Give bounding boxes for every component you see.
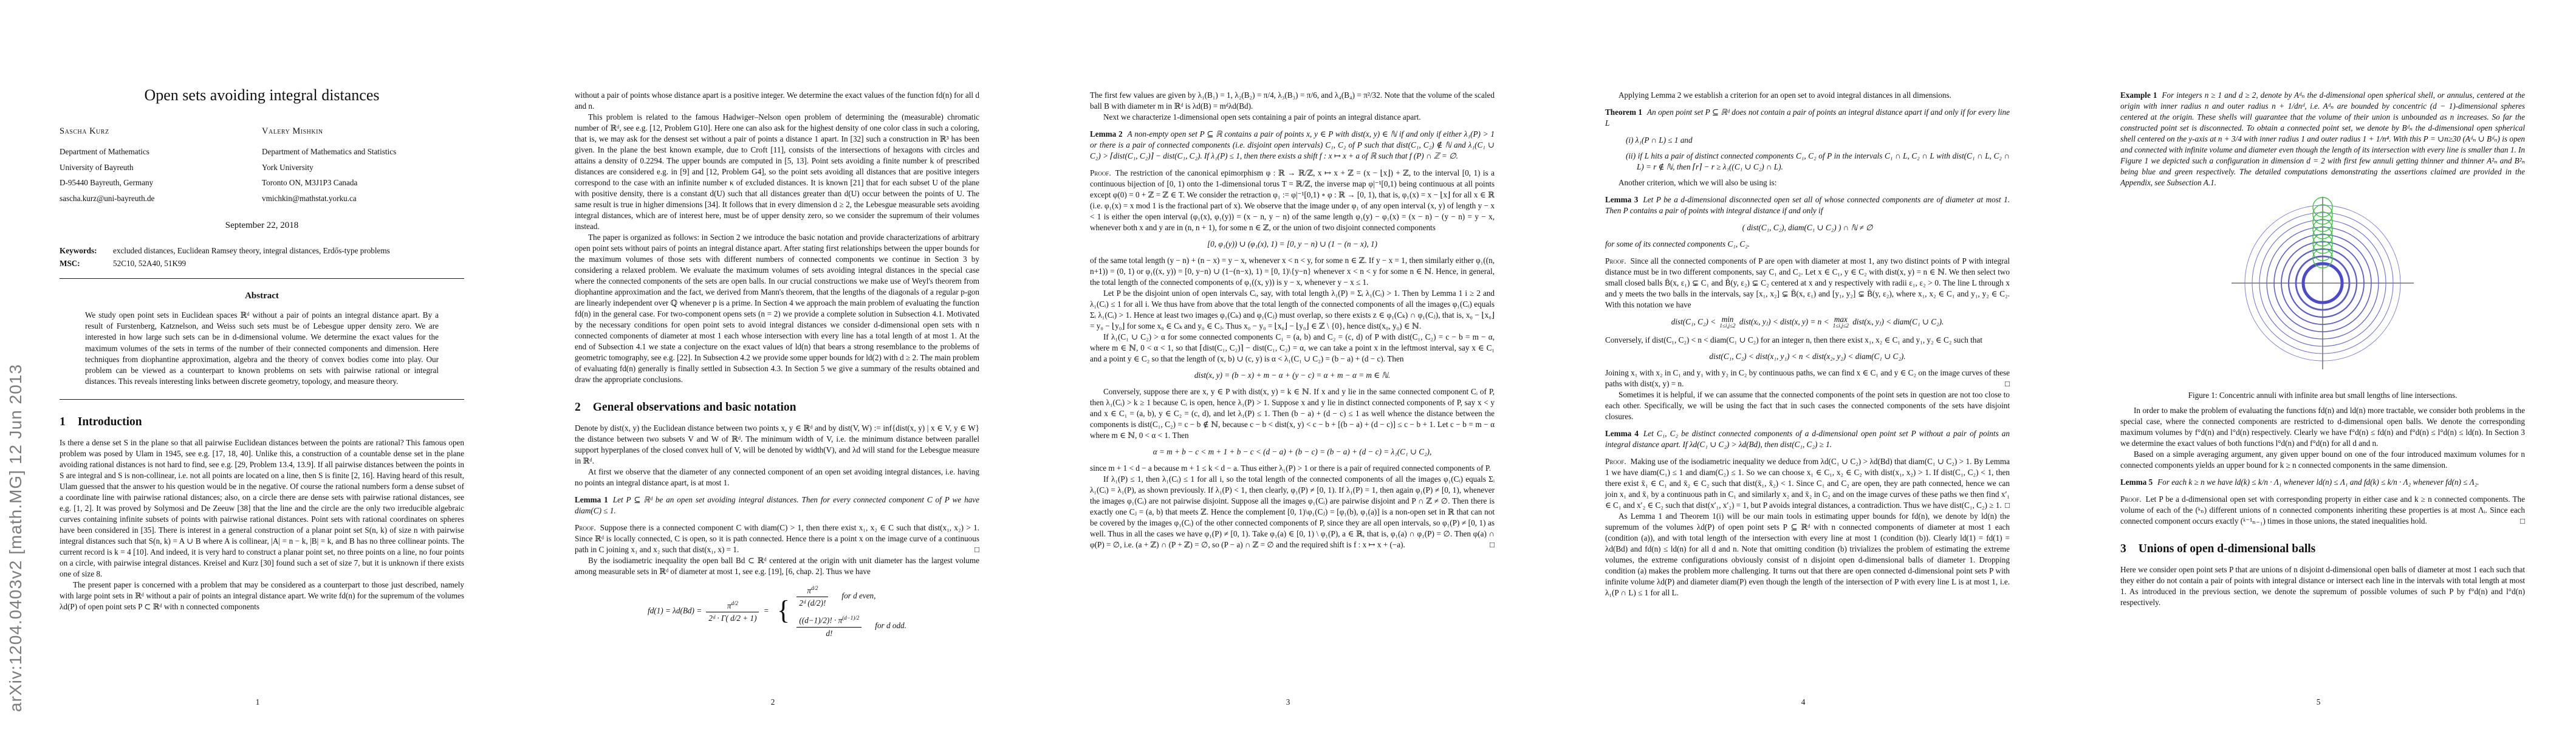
lemma-3-continuation: for some of its connected components C₁,…	[1605, 239, 2010, 250]
fraction-numerator-sup: d/2	[811, 585, 818, 591]
section-1-heading: 1Introduction	[60, 416, 464, 429]
proof-label: Proof.	[2120, 495, 2142, 504]
page-5: Example 1For integers n ≥ 1 and d ≥ 2, d…	[2061, 0, 2576, 729]
lemma-4-text: Let C₁, C₂ be distinct connected compone…	[1605, 429, 2010, 449]
paragraph: Next we characterize 1-dimensional open …	[1090, 112, 1495, 123]
case-condition: for d odd.	[875, 620, 906, 631]
page-1: arXiv:1204.0403v2 [math.MG] 12 Jun 2013 …	[0, 0, 515, 729]
paragraph: As Lemma 1 and Theorem 1(i) will be our …	[1605, 511, 2010, 598]
qed-square: □	[2520, 516, 2525, 527]
paragraph: Denote by dist(x, y) the Euclidean dista…	[575, 423, 979, 467]
msc-value: 52C10, 52A40, 51K99	[113, 257, 186, 270]
paragraph: If λ₁(P) ≤ 1, then λ₁(Cᵢ) ≤ 1 for all i,…	[1090, 474, 1495, 550]
paragraph: If λ₁(C₁ ∪ C₂) > α for some connected co…	[1090, 332, 1495, 364]
author-1-addr: D-95440 Bayreuth, Germany	[60, 175, 262, 191]
display-equation: dist(C₁, C₂) < dist(x₁, y₁) < n < dist(x…	[1605, 351, 2010, 362]
paragraph: Let P be the disjoint union of open inte…	[1090, 288, 1495, 332]
fraction-numerator-sup: (d−1)/2	[842, 615, 859, 621]
section-1-title: Introduction	[78, 416, 142, 428]
page-3: The first few values are given by λ₁(B₁)…	[1030, 0, 1546, 729]
operator-subscript: 1≤i,j≤2	[1719, 323, 1735, 329]
keywords-label: Keywords:	[60, 244, 113, 257]
author-1: Sascha Kurz Department of Mathematics Un…	[60, 126, 262, 206]
paper-date: September 22, 2018	[60, 221, 464, 231]
fraction: ((d−1)/2)! · π(d−1)/2d!	[796, 612, 862, 638]
display-equation: dist(x, y) = (b − x) + m − α + (y − c) =…	[1090, 370, 1495, 381]
paragraph: Another criterion, which we will also be…	[1605, 177, 2010, 188]
proof-text: Let P be a d-dimensional open set with c…	[2120, 495, 2525, 525]
paragraph: The present paper is concerned with a pr…	[60, 580, 464, 612]
author-1-email: sascha.kurz@uni-bayreuth.de	[60, 191, 262, 207]
proof: Proof.Suppose there is a connected compo…	[575, 522, 979, 555]
qed-square: □	[1476, 539, 1495, 550]
example-1-text: For integers n ≥ 1 and d ≥ 2, denote by …	[2120, 91, 2525, 187]
paragraph: without a pair of points whose distance …	[575, 90, 979, 112]
paragraph: Based on a simple averaging argument, an…	[2120, 449, 2525, 471]
paragraph: By the isodiametric inequality the open …	[575, 555, 979, 577]
author-2-email: vmichkin@mathstat.yorku.ca	[262, 191, 464, 207]
theorem-1-label: Theorem 1	[1605, 108, 1642, 117]
paragraph: At first we observe that the diameter of…	[575, 467, 979, 488]
fraction-denominator: 2ᵈ · Γ( d/2 + 1)	[706, 612, 759, 624]
figure-concentric-annuli: Figure 1: Concentric annuli with infinit…	[2120, 194, 2525, 400]
author-2-dept: Department of Mathematics and Statistics	[262, 144, 464, 160]
display-equation: ( dist(C₁, C₂), diam(C₁ ∪ C₂) ) ∩ ℕ ≠ ∅	[1605, 222, 2010, 233]
author-1-univ: University of Bayreuth	[60, 160, 262, 176]
display-equation-minmax: dist(C₁, C₂) < min1≤i,j≤2 dist(xᵢ, yⱼ) <…	[1605, 316, 2010, 329]
paragraph: Conversely, if dist(C₁, C₂) < n < diam(C…	[1605, 335, 2010, 346]
fraction-numerator-sup: d/2	[731, 600, 738, 606]
authors-block: Sascha Kurz Department of Mathematics Un…	[60, 126, 464, 206]
equation-part: dist(xᵢ, yⱼ) < dist(x, y) = n <	[1739, 317, 1829, 326]
section-3-number: 3	[2120, 542, 2126, 555]
fraction-denominator: 2ᵈ (d/2)!	[796, 597, 828, 609]
proof: Proof.Since all the connected components…	[1605, 256, 2010, 310]
qed-square: □	[975, 544, 979, 555]
display-equation-fd1: fd(1) = λd(Bd) = πd/22ᵈ · Γ( d/2 + 1) = …	[575, 583, 979, 639]
divider-rule-bottom	[60, 399, 464, 400]
fraction: πd/22ᵈ · Γ( d/2 + 1)	[706, 598, 759, 624]
proof-label: Proof.	[1605, 457, 1626, 466]
proof-text: Suppose there is a connected component C…	[575, 523, 979, 554]
case-odd: ((d−1)/2)! · π(d−1)/2d! for d odd.	[794, 612, 906, 638]
author-2-name: Valery Mishkin	[262, 126, 464, 137]
page-number: 2	[515, 697, 1030, 707]
proof-label: Proof.	[1090, 168, 1111, 177]
lemma-1-text: Let P ⊆ ℝᵈ be an open set avoiding integ…	[575, 495, 979, 515]
keywords-value: excluded distances, Euclidean Ramsey the…	[113, 244, 390, 257]
qed-square: □	[2005, 378, 2010, 389]
proof-text: Since all the connected components of P …	[1605, 256, 2010, 309]
abstract-heading: Abstract	[60, 291, 464, 301]
example-1-label: Example 1	[2120, 91, 2157, 100]
paragraph: of the same total length (y − n) + (n − …	[1090, 255, 1495, 288]
case-condition: for d even,	[841, 590, 875, 601]
lemma-1-label: Lemma 1	[575, 495, 608, 504]
example-1: Example 1For integers n ≥ 1 and d ≥ 2, d…	[2120, 90, 2525, 188]
min-operator: min1≤i,j≤2	[1719, 316, 1735, 329]
display-equation: α = m + b − c < m + 1 + b − c < (d − a) …	[1090, 447, 1495, 457]
equals-sign: =	[764, 606, 769, 615]
paragraph-text: Joining x₁ with x₂ in C₁ and y₁ with y₂ …	[1605, 368, 2010, 388]
page-2-content: without a pair of points whose distance …	[575, 0, 979, 645]
equation-lhs: fd(1) = λd(Bd) =	[648, 606, 702, 615]
paragraph: Joining x₁ with x₂ in C₁ and y₁ with y₂ …	[1605, 368, 2010, 389]
page-number: 3	[1030, 697, 1546, 707]
msc-label: MSC:	[60, 257, 113, 270]
theorem-1-item-i: (i) λ₁(P ∩ L) ≤ 1 and	[1605, 135, 2010, 146]
author-2-addr: Toronto ON, M3J1P3 Canada	[262, 175, 464, 191]
paragraph: The paper is organized as follows: in Se…	[575, 232, 979, 385]
section-3-title: Unions of open d-dimensional balls	[2139, 542, 2316, 555]
paragraph: Here we consider open point sets P that …	[2120, 564, 2525, 608]
paragraph: Conversely, suppose there are x, y ∈ P w…	[1090, 386, 1495, 441]
display-equation: [0, φ₁(y)) ∪ (φ₁(x), 1) = [0, y − n) ∪ (…	[1090, 239, 1495, 250]
proof: Proof.Making use of the isodiametric ine…	[1605, 456, 2010, 511]
paragraph: Sometimes it is helpful, if we can assum…	[1605, 389, 2010, 422]
proof-label: Proof.	[1605, 256, 1626, 265]
lemma-5-text: For each k ≥ n we have ld(k) ≤ k/n · Λ₁ …	[2157, 477, 2479, 487]
divider-rule-top	[60, 278, 464, 279]
proof: Proof.The restriction of the canonical e…	[1090, 168, 1495, 233]
case-even: πd/22ᵈ (d/2)! for d even,	[794, 583, 906, 609]
section-2-heading: 2General observations and basic notation	[575, 401, 979, 414]
annuli-diagram	[2222, 194, 2424, 372]
section-1-number: 1	[60, 416, 66, 428]
page-number: 1	[0, 697, 515, 707]
proof-text: The restriction of the canonical epimorp…	[1090, 168, 1495, 232]
fraction-denominator: d!	[796, 628, 862, 639]
paragraph: This problem is related to the famous Ha…	[575, 112, 979, 232]
lemma-4: Lemma 4Let C₁, C₂ be distinct connected …	[1605, 428, 2010, 450]
theorem-1-item-ii: (ii) if L hits a pair of distinct connec…	[1605, 151, 2010, 173]
page-2: without a pair of points whose distance …	[515, 0, 1030, 729]
proof-label: Proof.	[575, 523, 596, 532]
paragraph: Applying Lemma 2 we establish a criterio…	[1605, 90, 2010, 101]
section-2-number: 2	[575, 401, 581, 414]
qed-square: □	[2005, 500, 2010, 511]
lemma-1: Lemma 1Let P ⊆ ℝᵈ be an open set avoidin…	[575, 495, 979, 516]
operator: min	[1722, 316, 1734, 323]
operator: max	[1834, 316, 1848, 323]
figure-caption: Figure 1: Concentric annuli with infinit…	[2120, 391, 2525, 400]
abstract-text: We study open point sets in Euclidean sp…	[85, 310, 439, 387]
lemma-4-label: Lemma 4	[1605, 429, 1639, 438]
page-1-content: Open sets avoiding integral distances Sa…	[60, 0, 464, 612]
lemma-3-text: Let P be a d-dimensional disconnected op…	[1605, 195, 2010, 215]
proof-text: Making use of the isodiametric inequalit…	[1605, 457, 2010, 510]
keywords-block: Keywords: excluded distances, Euclidean …	[60, 244, 464, 270]
lemma-2-label: Lemma 2	[1090, 129, 1123, 139]
section-2-title: General observations and basic notation	[593, 401, 796, 414]
page-5-content: Example 1For integers n ≥ 1 and d ≥ 2, d…	[2120, 0, 2525, 608]
page-number: 5	[2061, 697, 2576, 707]
fraction-numerator: ((d−1)/2)! · π	[799, 616, 842, 625]
page-4: Applying Lemma 2 we establish a criterio…	[1546, 0, 2061, 729]
lemma-2: Lemma 2A non-empty open set P ⊆ ℝ contai…	[1090, 129, 1495, 162]
paragraph-text: If λ₁(P) ≤ 1, then λ₁(Cᵢ) ≤ 1 for all i,…	[1090, 474, 1495, 549]
page-4-content: Applying Lemma 2 we establish a criterio…	[1605, 0, 2010, 598]
lemma-3-label: Lemma 3	[1605, 195, 1638, 204]
author-2-univ: York University	[262, 160, 464, 176]
paper-title: Open sets avoiding integral distances	[60, 86, 464, 104]
cases-block: πd/22ᵈ (d/2)! for d even, ((d−1)/2)! · π…	[794, 583, 906, 639]
author-1-dept: Department of Mathematics	[60, 144, 262, 160]
proof: Proof.Let P be a d-dimensional open set …	[2120, 494, 2525, 527]
lemma-2-text: A non-empty open set P ⊆ ℝ contains a pa…	[1090, 129, 1495, 160]
author-1-name: Sascha Kurz	[60, 126, 262, 137]
paragraph: since m + 1 < d − a because m + 1 ≤ k < …	[1090, 463, 1495, 474]
fraction-numerator: π	[807, 586, 811, 595]
lemma-3: Lemma 3Let P be a d-dimensional disconne…	[1605, 194, 2010, 216]
paragraph: In order to make the problem of evaluati…	[2120, 405, 2525, 449]
keywords-row: Keywords: excluded distances, Euclidean …	[60, 244, 464, 257]
paragraph: Is there a dense set S in the plane so t…	[60, 437, 464, 580]
author-2: Valery Mishkin Department of Mathematics…	[262, 126, 464, 206]
fraction: πd/22ᵈ (d/2)!	[796, 583, 828, 609]
max-operator: max1≤i,j≤2	[1833, 316, 1849, 329]
equation-part: dist(C₁, C₂) <	[1671, 317, 1716, 326]
operator-subscript: 1≤i,j≤2	[1833, 323, 1849, 329]
paragraph: The first few values are given by λ₁(B₁)…	[1090, 90, 1495, 112]
theorem-1-text: An open point set P ⊆ ℝᵈ does not contai…	[1605, 108, 2010, 128]
arxiv-watermark: arXiv:1204.0403v2 [math.MG] 12 Jun 2013	[6, 364, 26, 712]
msc-row: MSC: 52C10, 52A40, 51K99	[60, 257, 464, 270]
section-3-heading: 3Unions of open d-dimensional balls	[2120, 542, 2525, 556]
page-number: 4	[1546, 697, 2061, 707]
page-3-content: The first few values are given by λ₁(B₁)…	[1090, 0, 1495, 550]
lemma-5-label: Lemma 5	[2120, 477, 2153, 487]
lemma-5: Lemma 5For each k ≥ n we have ld(k) ≤ k/…	[2120, 477, 2525, 488]
cases-brace: {	[777, 595, 790, 625]
equation-part: dist(xᵢ, yⱼ) < diam(C₁ ∪ C₂).	[1852, 317, 1944, 326]
theorem-1: Theorem 1An open point set P ⊆ ℝᵈ does n…	[1605, 107, 2010, 129]
axes	[2232, 197, 2414, 369]
